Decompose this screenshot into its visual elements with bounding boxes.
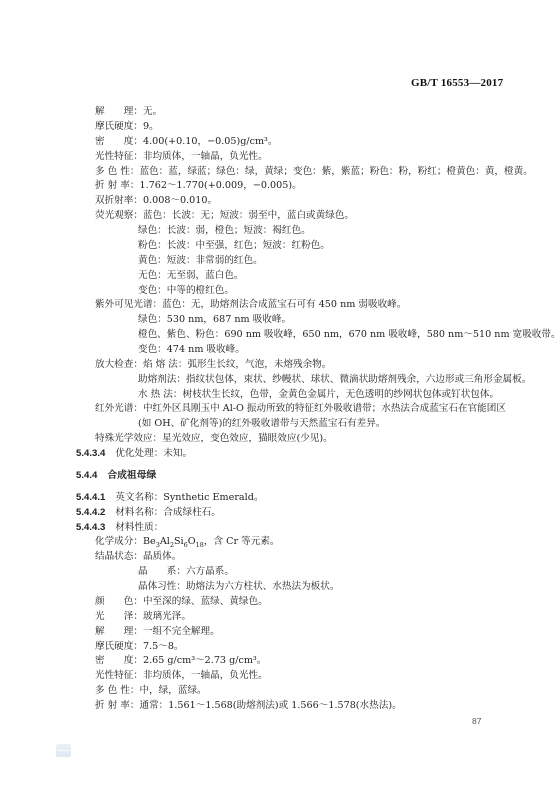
cleavage-line: 解 理：无。 xyxy=(95,106,162,118)
uv-vis-orange-purple-pink-line: 橙色、紫色、粉色：690 nm 吸收峰，650 nm，670 nm 吸收峰，58… xyxy=(138,329,560,341)
fluorescence-pink-line: 粉色：长波：中至强，红色；短波：红粉色。 xyxy=(138,240,330,252)
chemical-composition-line: 化学成分：Be3Al2Si6O18，含 Cr 等元素。 xyxy=(95,536,280,548)
section-5434: 5.4.3.4优化处理：未知。 xyxy=(76,448,192,460)
section-text: 优化处理：未知。 xyxy=(115,448,192,459)
density-line: 密 度：4.00(+0.10，−0.05)g/cm³。 xyxy=(95,136,278,148)
hardness-line: 摩氏硬度：9。 xyxy=(95,121,159,133)
birefringence-line: 双折射率：0.008～0.010。 xyxy=(95,195,217,207)
page-number: 87 xyxy=(472,716,481,726)
magnification-flame-fusion-line: 放大检查：焰 熔 法：弧形生长纹，气泡，未熔残余物。 xyxy=(95,359,331,371)
refractive-index-line: 折 射 率：1.762～1.770(+0.009，−0.005)。 xyxy=(95,180,302,192)
section-5443: 5.4.4.3材料性质： xyxy=(76,522,163,534)
section-title: 合成祖母绿 xyxy=(107,470,156,481)
uv-vis-color-change-line: 变色：474 nm 吸收峰。 xyxy=(138,344,245,356)
section-5442: 5.4.4.2材料名称：合成绿柱石。 xyxy=(76,507,221,519)
emerald-hardness-line: 摩氏硬度：7.5～8。 xyxy=(95,641,184,653)
emerald-pleochroism-line: 多 色 性：中，绿，蓝绿。 xyxy=(95,685,207,697)
emerald-optic-line: 光性特征：非均质体，一轴晶，负光性。 xyxy=(95,670,268,682)
emerald-refractive-index-line: 折 射 率：通常：1.561～1.568(助熔剂法)或 1.566～1.578(… xyxy=(95,700,402,712)
special-optical-effects-line: 特殊光学效应：星光效应，变色效应，猫眼效应(少见)。 xyxy=(95,433,333,445)
section-number: 5.4.4.1 xyxy=(76,492,105,504)
infrared-line-1: 红外光谱：中红外区具刚玉中 Al-O 振动所致的特征红外吸收谱带；水热法合成蓝宝… xyxy=(95,403,506,415)
uv-vis-green-line: 绿色：530 nm，687 nm 吸收峰。 xyxy=(138,314,291,326)
section-number: 5.4.4.2 xyxy=(76,507,105,519)
crystal-system-line: 晶 系：六方晶系。 xyxy=(138,566,234,578)
section-text: 材料名称：合成绿柱石。 xyxy=(115,507,221,518)
fluorescence-blue-line: 荧光观察：蓝色：长波：无；短波：弱至中，蓝白或黄绿色。 xyxy=(95,210,354,222)
pleochroism-line: 多 色 性：蓝色：蓝，绿蓝；绿色：绿，黄绿；变色：紫，紫蓝；粉色：粉，粉红；橙黄… xyxy=(95,166,533,178)
magnification-flux-line: 助熔剂法：指纹状包体，束状、纱幔状、球状、微滴状助熔剂残余，六边形或三角形金属板… xyxy=(138,374,531,386)
document-page: GB/T 16553—2017 解 理：无。 摩氏硬度：9。 密 度：4.00(… xyxy=(0,0,560,791)
fluorescence-green-line: 绿色：长波：弱，橙色；短波：褐红色。 xyxy=(138,225,311,237)
fluorescence-color-change-line: 变色：中等的橙红色。 xyxy=(138,285,234,297)
infrared-line-2: (如 OH、矿化剂等)的红外吸收谱带与天然蓝宝石有差异。 xyxy=(138,418,385,430)
section-5441: 5.4.4.1英文名称：Synthetic Emerald。 xyxy=(76,492,263,504)
crystal-habit-line: 晶体习性：助熔法为六方柱状、水热法为板状。 xyxy=(138,581,339,593)
uv-vis-blue-line: 紫外可见光谱：蓝色：无，助熔剂法合成蓝宝石可有 450 nm 弱吸收峰。 xyxy=(95,299,406,311)
section-number: 5.4.4 xyxy=(76,470,97,482)
emerald-cleavage-line: 解 理：一组不完全解理。 xyxy=(95,626,220,638)
emerald-density-line: 密 度：2.65 g/cm³～2.73 g/cm³。 xyxy=(95,655,266,667)
section-number: 5.4.4.3 xyxy=(76,522,105,534)
watermark-logo-icon xyxy=(56,744,71,757)
magnification-hydrothermal-line: 水 热 法：树枝状生长纹，色带，金黄色金属片，无色透明的纱网状包体或钉状包体。 xyxy=(138,389,499,401)
luster-line: 光 泽：玻璃光泽。 xyxy=(95,611,191,623)
fluorescence-colorless-line: 无色：无至弱，蓝白色。 xyxy=(138,270,244,282)
section-544-heading: 5.4.4合成祖母绿 xyxy=(76,470,156,482)
optic-character-line: 光性特征：非均质体，一轴晶，负光性。 xyxy=(95,151,268,163)
fluorescence-yellow-line: 黄色：短波：非常弱的红色。 xyxy=(138,255,263,267)
section-text: 英文名称：Synthetic Emerald。 xyxy=(115,492,263,503)
section-text: 材料性质： xyxy=(115,522,163,533)
section-number: 5.4.3.4 xyxy=(76,448,105,460)
color-line: 颜 色：中至深的绿、蓝绿、黄绿色。 xyxy=(95,596,268,608)
standard-code-header: GB/T 16553—2017 xyxy=(411,77,503,89)
crystal-state-line: 结晶状态：晶质体。 xyxy=(95,551,181,563)
